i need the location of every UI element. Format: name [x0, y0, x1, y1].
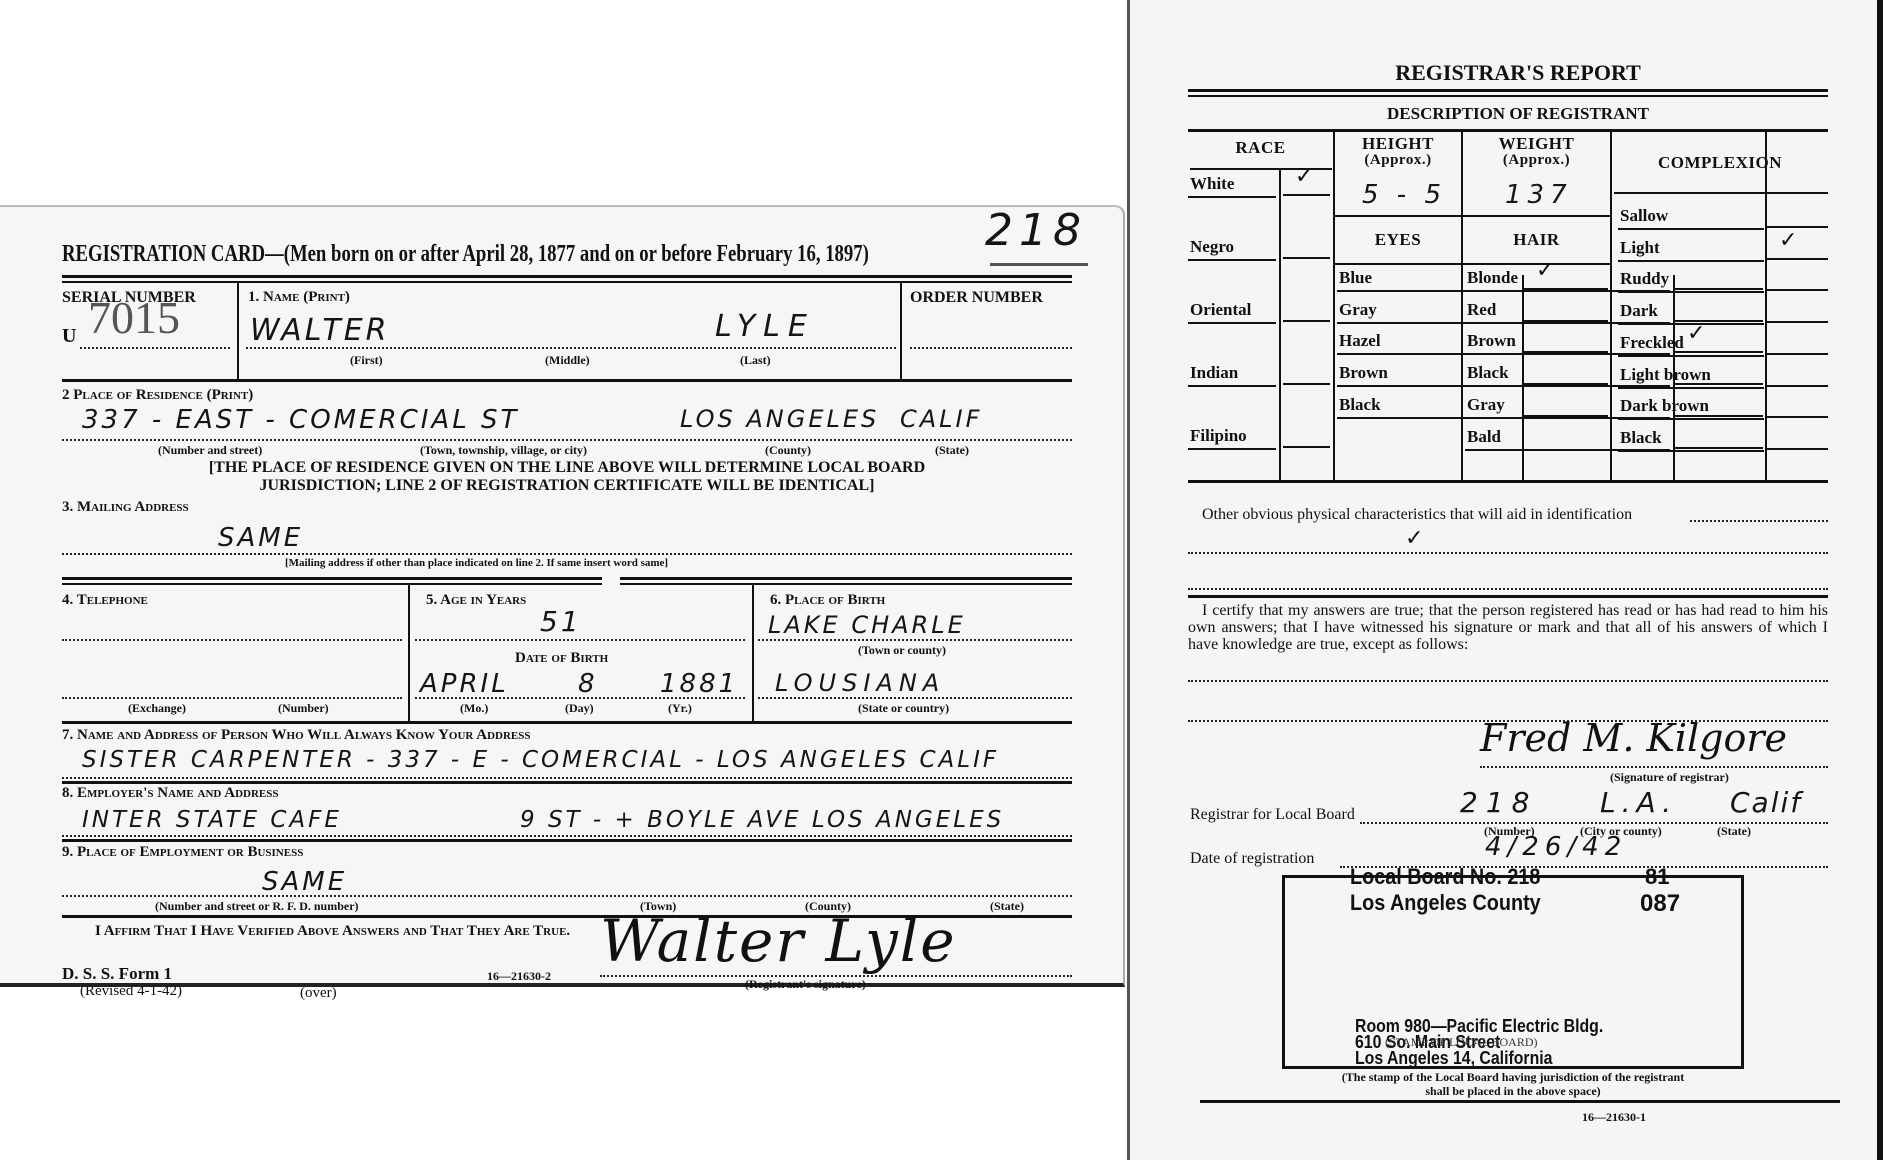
complexion-checkbox[interactable] [1767, 200, 1828, 228]
board-state-caption: (State) [1717, 824, 1751, 839]
divider [62, 379, 1072, 382]
birthplace-town: LAKE CHARLE [768, 611, 966, 639]
eyes-header: EYES [1335, 230, 1461, 250]
divider [62, 281, 1072, 283]
divider [900, 283, 902, 379]
hair-checkbox[interactable] [1675, 294, 1763, 322]
divider [62, 275, 1072, 278]
hair-option-label: Blonde [1467, 268, 1518, 288]
complexion-option-label: Black [1620, 428, 1662, 448]
race-checkbox[interactable] [1283, 420, 1330, 448]
divider [1618, 323, 1764, 325]
complexion-option-label: Sallow [1620, 206, 1668, 226]
divider [1618, 355, 1764, 357]
registration-date-value: 4/26/42 [1485, 832, 1627, 862]
characteristics-line-3 [1188, 588, 1828, 590]
dob-line [415, 697, 745, 699]
divider [62, 583, 602, 585]
weight-header-label: WEIGHT [1463, 135, 1610, 152]
state-country-caption: (State or country) [858, 701, 949, 716]
divider [62, 781, 1072, 784]
employment-place-label: 9. Place of Employment or Business [62, 844, 303, 861]
name-label: 1. Name (Print) [248, 289, 350, 306]
height-header: HEIGHT (Approx.) [1335, 135, 1461, 169]
town-county-caption: (Town or county) [858, 643, 946, 658]
eyes-checkbox[interactable] [1524, 357, 1608, 385]
contact-line [62, 777, 1072, 779]
weight-header-sub: (Approx.) [1463, 152, 1610, 169]
employment-place-value: SAME [262, 867, 347, 897]
town-caption: (Town, township, village, or city) [420, 443, 587, 458]
divider [1618, 260, 1764, 262]
weight-value: 137 [1505, 180, 1573, 210]
divider [1610, 131, 1612, 481]
form-name: D. S. S. Form 1 [62, 964, 172, 984]
complexion-checkbox[interactable] [1767, 390, 1828, 418]
residence-line [62, 439, 1072, 441]
complexion-option-label: Ruddy [1620, 269, 1669, 289]
complexion-option-label: Freckled [1620, 333, 1684, 353]
race-option-label: Negro [1190, 237, 1234, 257]
registrar-signature-line [1480, 766, 1828, 768]
age-line [415, 639, 745, 641]
complexion-option-label: Light [1620, 238, 1660, 258]
complexion-option-label: Dark brown [1620, 396, 1709, 416]
race-checkbox[interactable] [1283, 357, 1330, 385]
registrant-signature: Walter Lyle [600, 907, 957, 975]
employer-line [62, 835, 1072, 837]
mailing-caption: [Mailing address if other than place ind… [285, 557, 668, 569]
race-checkbox[interactable]: ✓ [1283, 168, 1330, 196]
divider [1188, 322, 1276, 324]
divider [1188, 595, 1828, 598]
report-subtitle: DESCRIPTION OF REGISTRANT [1130, 104, 1883, 124]
residence-state: CALIF [900, 405, 982, 433]
serial-prefix: U [62, 325, 76, 348]
divider [62, 577, 602, 580]
eyes-checkbox[interactable]: ✓ [1524, 262, 1608, 290]
form-revised: (Revised 4-1-42) [80, 983, 182, 1000]
contact-label: 7. Name and Address of Person Who Will A… [62, 727, 531, 744]
divider [62, 839, 1072, 842]
characteristics-line-2 [1188, 552, 1828, 554]
eyes-option-label: Gray [1339, 300, 1377, 320]
employer-name: INTER STATE CAFE [82, 807, 342, 833]
affirm-statement: I Affirm That I Have Verified Above Answ… [95, 923, 570, 940]
divider [1618, 291, 1764, 293]
mo-caption: (Mo.) [460, 701, 488, 716]
stamp-caption-line-2: shall be placed in the above space) [1280, 1084, 1746, 1098]
stamp-caption: (The stamp of the Local Board having jur… [1280, 1070, 1746, 1098]
other-characteristics-check-icon: ✓ [1405, 526, 1423, 551]
complexion-checkbox[interactable] [1767, 327, 1828, 355]
age-value: 51 [540, 605, 582, 638]
registration-card: REGISTRATION CARD—(Men born on or after … [0, 205, 1125, 987]
certification-text: I certify that my answers are true; that… [1188, 602, 1828, 653]
local-board-state: Calif [1730, 786, 1802, 819]
telephone-line-1 [62, 639, 402, 641]
complexion-checkbox[interactable] [1767, 263, 1828, 291]
local-board-label: Registrar for Local Board [1190, 806, 1355, 824]
eyes-option-label: Hazel [1339, 331, 1381, 351]
last-caption: (Last) [740, 353, 771, 368]
complexion-checkbox[interactable]: ✓ [1767, 232, 1828, 260]
first-name-value: WALTER [250, 313, 390, 348]
order-number-label: ORDER NUMBER [910, 289, 1043, 307]
corner-underline [990, 263, 1088, 266]
eyes-checkbox[interactable] [1524, 325, 1608, 353]
dob-label: Date of Birth [515, 650, 608, 667]
divider [1200, 1100, 1840, 1103]
divider [1188, 448, 1276, 450]
registrar-signature: Fred M. Kilgore [1480, 716, 1787, 760]
last-name-value: LYLE [715, 309, 815, 344]
divider [1335, 263, 1461, 265]
telephone-line-2 [62, 697, 402, 699]
divider [1618, 450, 1764, 452]
divider [408, 585, 410, 721]
state-caption: (State) [935, 443, 969, 458]
serial-line [80, 347, 230, 349]
divider [752, 585, 754, 721]
hair-checkbox[interactable] [1675, 262, 1763, 290]
card-print-code: 16—21630-2 [487, 969, 551, 984]
street-caption: (Number and street) [158, 443, 262, 458]
emp-state-caption: (State) [990, 899, 1024, 914]
weight-header: WEIGHT (Approx.) [1463, 135, 1610, 169]
dob-month: APRIL [420, 669, 509, 699]
birthplace-town-line [758, 639, 1072, 641]
divider [620, 583, 1072, 585]
rfd-caption: (Number and street or R. F. D. number) [155, 899, 359, 914]
age-label: 5. Age in Years [426, 592, 526, 609]
serial-number: 7015 [88, 291, 180, 344]
race-option-label: Filipino [1190, 426, 1247, 446]
hair-checkbox[interactable]: ✓ [1675, 325, 1763, 353]
hair-option-label: Red [1467, 300, 1496, 320]
over-note: (over) [300, 985, 337, 1002]
exception-line-1 [1188, 680, 1828, 682]
race-option-label: Indian [1190, 363, 1238, 383]
divider [1463, 215, 1610, 217]
local-board-number: 218 [1460, 786, 1537, 819]
race-checkbox[interactable] [1283, 294, 1330, 322]
divider [1188, 89, 1828, 92]
stamp-caption-line-1: (The stamp of the Local Board having jur… [1280, 1070, 1746, 1084]
signature-caption: (Registrant's signature) [745, 977, 866, 992]
check-mark-icon: ✓ [1779, 228, 1797, 253]
number-caption: (Number) [278, 701, 329, 716]
birthplace-label: 6. Place of Birth [770, 592, 885, 609]
name-line [246, 347, 896, 349]
stamp-line-1: Local Board No. 218 [1350, 864, 1540, 890]
divider [237, 283, 239, 379]
complexion-checkbox[interactable] [1767, 422, 1828, 450]
divider [1335, 215, 1461, 217]
residence-street: 337 - EAST - COMERCIAL ST [82, 405, 519, 435]
order-number-line [910, 347, 1072, 349]
hair-option-label: Gray [1467, 395, 1505, 415]
county-caption: (County) [765, 443, 811, 458]
divider [1461, 131, 1463, 481]
first-caption: (First) [350, 353, 383, 368]
middle-caption: (Middle) [545, 353, 590, 368]
other-characteristics-label: Other obvious physical characteristics t… [1202, 506, 1632, 524]
divider [1333, 131, 1335, 481]
complexion-header: COMPLEXION [1612, 153, 1828, 173]
height-value: 5 - 5 [1362, 180, 1446, 210]
registration-date-label: Date of registration [1190, 850, 1314, 868]
stamp-address-line-3: Los Angeles 14, California [1355, 1050, 1603, 1066]
employer-address: 9 ST - + BOYLE AVE LOS ANGELES [520, 807, 1004, 833]
yr-caption: (Yr.) [668, 701, 692, 716]
complexion-checkbox[interactable] [1767, 295, 1828, 323]
hair-header: HAIR [1463, 230, 1610, 250]
residence-notice: [THE PLACE OF RESIDENCE GIVEN ON THE LIN… [62, 459, 1072, 495]
eyes-option-label: Brown [1339, 363, 1388, 383]
race-option-label: White [1190, 174, 1234, 194]
divider [1614, 192, 1828, 194]
divider [1618, 228, 1764, 230]
dob-day: 8 [578, 669, 598, 699]
check-mark-icon: ✓ [1687, 321, 1705, 346]
telephone-label: 4. Telephone [62, 592, 148, 609]
employer-label: 8. Employer's Name and Address [62, 785, 279, 802]
birthplace-state-line [758, 697, 1072, 699]
mailing-label: 3. Mailing Address [62, 499, 189, 516]
height-header-sub: (Approx.) [1335, 152, 1461, 169]
divider [62, 721, 1072, 724]
divider [1618, 418, 1764, 420]
divider [1188, 480, 1828, 483]
registrar-signature-caption: (Signature of registrar) [1610, 770, 1729, 785]
stamp-line-2: Los Angeles County [1350, 890, 1541, 916]
eyes-option-label: Blue [1339, 268, 1372, 288]
divider [1188, 385, 1276, 387]
hair-checkbox[interactable] [1675, 421, 1763, 449]
race-checkbox[interactable] [1283, 231, 1330, 259]
employment-place-line [62, 895, 1072, 897]
hair-option-label: Brown [1467, 331, 1516, 351]
mailing-value: SAME [218, 523, 303, 553]
complexion-option-label: Dark [1620, 301, 1658, 321]
hair-option-label: Black [1467, 363, 1509, 383]
height-header-label: HEIGHT [1335, 135, 1461, 152]
divider [1279, 170, 1281, 481]
board-number-corner: 218 [985, 205, 1087, 256]
race-header: RACE [1188, 138, 1333, 158]
residence-label: 2 Place of Residence (Print) [62, 387, 253, 404]
divider [620, 577, 1072, 580]
stamp-line-2-code: 087 [1640, 890, 1680, 918]
eyes-checkbox[interactable] [1524, 389, 1608, 417]
residence-county: LOS ANGELES [680, 405, 879, 433]
birthplace-state: LOUSIANA [775, 669, 945, 697]
report-print-code: 16—21630-1 [1582, 1110, 1646, 1125]
complexion-option-label: Light brown [1620, 365, 1711, 385]
hair-option-label: Bald [1467, 427, 1501, 447]
dob-year: 1881 [660, 669, 738, 699]
mailing-line [62, 553, 1072, 555]
local-board-city: L.A. [1600, 786, 1677, 819]
divider [1188, 129, 1828, 132]
exchange-caption: (Exchange) [128, 701, 186, 716]
notice-line-2: JURISDICTION; LINE 2 OF REGISTRATION CER… [62, 477, 1072, 495]
stamp-line-1-code: 81 [1645, 864, 1669, 890]
eyes-option-label: Black [1339, 395, 1381, 415]
stamp-overprint: (STAMP OF LOCAL BOARD) [1385, 1035, 1538, 1050]
divider [1188, 95, 1828, 97]
stamp-box: Local Board No. 218 81 Los Angeles Count… [1282, 875, 1744, 1069]
other-characteristics-line [1690, 520, 1828, 522]
divider [1188, 259, 1276, 261]
eyes-checkbox[interactable] [1524, 294, 1608, 322]
day-caption: (Day) [565, 701, 594, 716]
notice-line-1: [THE PLACE OF RESIDENCE GIVEN ON THE LIN… [62, 459, 1072, 477]
divider [1188, 196, 1276, 198]
report-title: REGISTRAR'S REPORT [1130, 60, 1883, 86]
contact-value: SISTER CARPENTER - 337 - E - COMERCIAL -… [82, 747, 999, 773]
race-option-label: Oriental [1190, 300, 1251, 320]
card-title: REGISTRATION CARD—(Men born on or after … [62, 241, 869, 268]
complexion-checkbox[interactable] [1767, 359, 1828, 387]
registrars-report: REGISTRAR'S REPORT DESCRIPTION OF REGIST… [1127, 0, 1883, 1160]
check-mark-icon: ✓ [1536, 258, 1554, 283]
divider [1618, 387, 1764, 389]
check-mark-icon: ✓ [1295, 164, 1313, 189]
